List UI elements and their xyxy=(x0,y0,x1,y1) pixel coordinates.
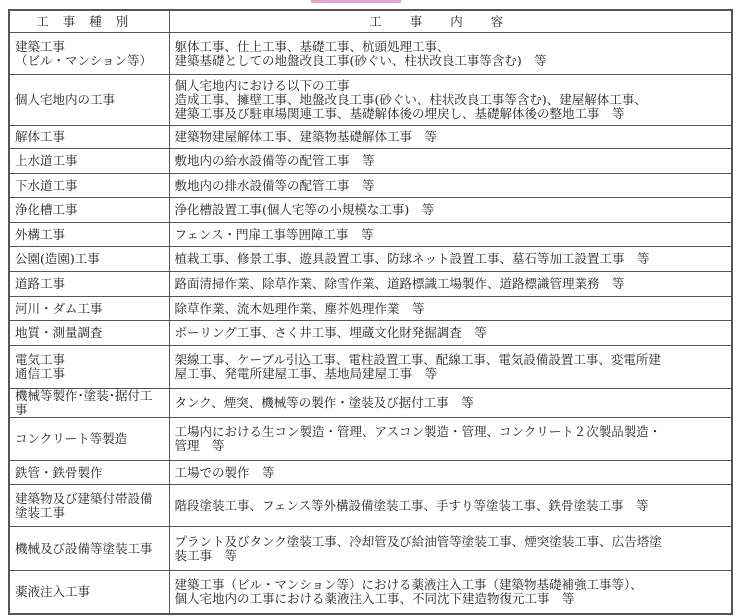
content-cell: 階段塗装工事、フェンス等外構設備塗装工事、手すり等塗装工事、鉄骨塗装工事 等 xyxy=(169,485,732,527)
category-cell: コンクリート等製造 xyxy=(9,418,169,461)
content-cell: 個人宅地内における以下の工事 造成工事、擁壁工事、地盤改良工事(砂ぐい、柱状改良… xyxy=(169,75,732,126)
content-cell: 敷地内の給水設備等の配管工事 等 xyxy=(169,149,732,174)
table-row: コンクリート等製造工場内における生コン製造・管理、アスコン製造・管理、コンクリー… xyxy=(9,418,732,461)
category-cell: 公園(造園)工事 xyxy=(9,247,169,272)
construction-type-table: 工事種別 工事内容 建築工事 （ビル・マンション等）躯体工事、仕上工事、基礎工事… xyxy=(8,9,733,615)
table-row: 外構工事フェンス・門扉工事等囲障工事 等 xyxy=(9,223,732,247)
category-cell: 鉄管・鉄骨製作 xyxy=(9,461,169,485)
table-row: 浄化槽工事浄化槽設置工事(個人宅等の小規模な工事) 等 xyxy=(9,198,732,223)
table-header-row: 工事種別 工事内容 xyxy=(9,10,732,33)
content-cell: 建築物建屋解体工事、建築物基礎解体工事 等 xyxy=(169,126,732,149)
category-cell: 地質・測量調査 xyxy=(9,321,169,346)
content-cell: 建築工事（ビル・マンション等）における薬液注入工事（建築物基礎補強工事等）、 個… xyxy=(169,571,732,614)
content-cell: 工場内における生コン製造・管理、アスコン製造・管理、コンクリート２次製品製造・ … xyxy=(169,418,732,461)
content-cell: 敷地内の排水設備等の配管工事 等 xyxy=(169,174,732,198)
category-cell: 上水道工事 xyxy=(9,149,169,174)
content-cell: 浄化槽設置工事(個人宅等の小規模な工事) 等 xyxy=(169,198,732,223)
table-row: 上水道工事敷地内の給水設備等の配管工事 等 xyxy=(9,149,732,174)
category-cell: 下水道工事 xyxy=(9,174,169,198)
category-cell: 機械等製作･塗装･据付工事 xyxy=(9,389,169,418)
content-cell: 架線工事、ケーブル引込工事、電柱設置工事、配線工事、電気設備設置工事、変電所建 … xyxy=(169,346,732,389)
table-row: 下水道工事敷地内の排水設備等の配管工事 等 xyxy=(9,174,732,198)
header-category: 工事種別 xyxy=(9,10,169,33)
table-row: 機械及び設備等塗装工事プラント及びタンク塗装工事、冷却管及び給油管等塗装工事、煙… xyxy=(9,527,732,571)
category-cell: 薬液注入工事 xyxy=(9,571,169,614)
content-cell: 路面清掃作業、除草作業、除雪作業、道路標識工場製作、道路標識管理業務 等 xyxy=(169,272,732,297)
table-body: 建築工事 （ビル・マンション等）躯体工事、仕上工事、基礎工事、杭頭処理工事、 建… xyxy=(9,33,732,614)
table-row: 公園(造園)工事植栽工事、修景工事、遊具設置工事、防球ネット設置工事、墓石等加工… xyxy=(9,247,732,272)
content-cell: 躯体工事、仕上工事、基礎工事、杭頭処理工事、 建築基礎としての地盤改良工事(砂ぐ… xyxy=(169,33,732,75)
content-cell: 除草作業、流木処理作業、塵芥処理作業 等 xyxy=(169,297,732,321)
category-cell: 河川・ダム工事 xyxy=(9,297,169,321)
content-cell: タンク、煙突、機械等の製作・塗装及び据付工事 等 xyxy=(169,389,732,418)
category-cell: 解体工事 xyxy=(9,126,169,149)
table-row: 道路工事路面清掃作業、除草作業、除雪作業、道路標識工場製作、道路標識管理業務 等 xyxy=(9,272,732,297)
table-row: 薬液注入工事建築工事（ビル・マンション等）における薬液注入工事（建築物基礎補強工… xyxy=(9,571,732,614)
category-cell: 建築物及び建築付帯設備塗装工事 xyxy=(9,485,169,527)
accent-bar xyxy=(311,0,401,3)
category-cell: 外構工事 xyxy=(9,223,169,247)
table-row: 建築工事 （ビル・マンション等）躯体工事、仕上工事、基礎工事、杭頭処理工事、 建… xyxy=(9,33,732,75)
table-row: 建築物及び建築付帯設備塗装工事階段塗装工事、フェンス等外構設備塗装工事、手すり等… xyxy=(9,485,732,527)
category-cell: 電気工事 通信工事 xyxy=(9,346,169,389)
table-row: 地質・測量調査ボーリング工事、さく井工事、埋蔵文化財発掘調査 等 xyxy=(9,321,732,346)
category-cell: 道路工事 xyxy=(9,272,169,297)
category-cell: 建築工事 （ビル・マンション等） xyxy=(9,33,169,75)
table-row: 解体工事建築物建屋解体工事、建築物基礎解体工事 等 xyxy=(9,126,732,149)
category-cell: 浄化槽工事 xyxy=(9,198,169,223)
table-row: 機械等製作･塗装･据付工事タンク、煙突、機械等の製作・塗装及び据付工事 等 xyxy=(9,389,732,418)
table-row: 個人宅地内の工事個人宅地内における以下の工事 造成工事、擁壁工事、地盤改良工事(… xyxy=(9,75,732,126)
table-row: 鉄管・鉄骨製作工場での製作 等 xyxy=(9,461,732,485)
table-row: 電気工事 通信工事架線工事、ケーブル引込工事、電柱設置工事、配線工事、電気設備設… xyxy=(9,346,732,389)
content-cell: ボーリング工事、さく井工事、埋蔵文化財発掘調査 等 xyxy=(169,321,732,346)
table-row: 河川・ダム工事除草作業、流木処理作業、塵芥処理作業 等 xyxy=(9,297,732,321)
content-cell: 植栽工事、修景工事、遊具設置工事、防球ネット設置工事、墓石等加工設置工事 等 xyxy=(169,247,732,272)
category-cell: 個人宅地内の工事 xyxy=(9,75,169,126)
content-cell: プラント及びタンク塗装工事、冷却管及び給油管等塗装工事、煙突塗装工事、広告塔塗 … xyxy=(169,527,732,571)
category-cell: 機械及び設備等塗装工事 xyxy=(9,527,169,571)
header-content: 工事内容 xyxy=(169,10,732,33)
content-cell: 工場での製作 等 xyxy=(169,461,732,485)
content-cell: フェンス・門扉工事等囲障工事 等 xyxy=(169,223,732,247)
